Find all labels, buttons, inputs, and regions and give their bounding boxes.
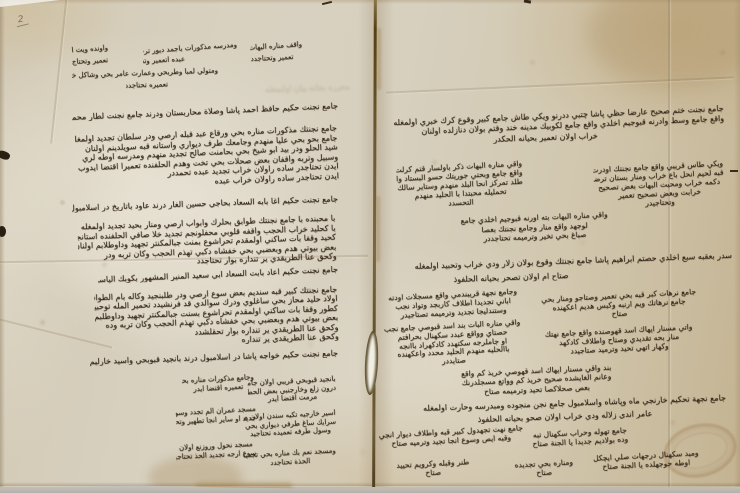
handwritten-text-block: ومدرسه مذكورات باجمد ديور ترحيم — [143, 41, 237, 56]
handwritten-text-block: سدر بعقبه سبع اخلدي حصتم ابراهيم پاشا جا… — [380, 251, 732, 273]
handwritten-text-block: جامع نجنت حكيم حافظ احمد پاشا وصلاة محار… — [72, 101, 338, 122]
handwritten-line: جامع نجنت حكيم خواجه پاشا در اسلامبول در… — [82, 349, 338, 367]
handwritten-text-block: ويكي طاس قريبي واقع جامع نجنتك اودرت كبي… — [593, 159, 725, 211]
handwritten-text-block: واقي مناره البهات ذكر باولسار قتم كرلت ت… — [396, 159, 524, 211]
stain-top-right — [588, 0, 740, 88]
handwritten-text-block: جامع نرهات كبر قبه بحي تعمير وصتاجو ومنا… — [531, 286, 706, 322]
handwritten-line: سدر بعقبه سبع اخلدي حصتم ابراهيم پاشا جا… — [380, 251, 732, 273]
fold-streak — [376, 196, 380, 262]
handwritten-text-block: واقف مناره البهات مخبر بحي — [250, 40, 302, 52]
handwritten-text-block: ومناره بحي تجديدهصتاح — [502, 458, 587, 480]
page-number: 2 — [17, 15, 24, 26]
handwritten-line: تعمير وتحتاجدد — [250, 53, 294, 63]
handwritten-line: واونده ويت اباطه — [72, 44, 108, 54]
manuscript-paper: 2 واونده ويت اباطهومدرسه مذكورات باجمد د… — [0, 0, 740, 487]
handwritten-text-block: عبده اتعمير وتحتاج — [143, 55, 185, 65]
handwritten-text-block: واونده ويت اباطه — [72, 44, 108, 54]
handwritten-line: واقف مناره البهات مخبر بحي — [250, 40, 302, 52]
handwritten-text-block: تعمير وتحتاج — [72, 56, 108, 66]
fold-streak — [377, 28, 381, 90]
handwritten-text-block: جامع نجنتك كبير قبه سنديم بعض سوع ارصي و… — [94, 285, 339, 350]
foxing-spots — [60, 200, 65, 205]
handwritten-text-block: جامع نجنت حكيم خواجه پاشا در اسلامبول در… — [82, 349, 338, 367]
handwritten-text-block: صتاح ام اولان تصحر بحيانه الحلفوذ — [437, 270, 585, 284]
handwritten-line: تعميره تحتاجدد — [126, 80, 168, 89]
paper-bottom-shadow — [0, 482, 740, 486]
corner-wedge — [0, 0, 60, 7]
handwritten-text-block: جامع نهت تجهدول كبير قبه واطلاف ديوار ان… — [377, 423, 526, 449]
crease-line — [50, 0, 67, 144]
handwritten-text-block: تعميره تحتاجدد — [126, 80, 168, 89]
handwritten-line: عبده اتعمير وتحتاج — [143, 55, 185, 65]
handwritten-line: جامع نجنت حكيم حافظ احمد پاشا وصلاة محار… — [72, 101, 338, 122]
paper-left-edge — [0, 0, 5, 487]
handwritten-text-block: واقي مناره البات بند اسد قبوصي جامع نجبح… — [376, 318, 530, 370]
ink-blot — [0, 226, 6, 237]
handwritten-line: ومدرسه مذكورات باجمد ديور ترحيم — [143, 41, 237, 56]
handwritten-line: ومتولي لمبا وطربحي وعمارت عامر بحي وشاكل… — [72, 66, 218, 79]
handwritten-text-block: تعمير وتحتاجدد — [250, 53, 294, 63]
handwritten-line: تعمير وتحتاج — [72, 56, 108, 66]
ink-dash — [730, 170, 738, 172]
handwritten-text-block: واتي مسنار ايهاك اسد قهوصنده واقع جامع ن… — [531, 321, 706, 357]
handwritten-text-block: اسير خارجيه تكيه سندن اولان مسجد نجنتكسر… — [243, 409, 336, 439]
photo-frame: 2 واونده ويت اباطهومدرسه مذكورات باجمد د… — [0, 0, 740, 493]
handwritten-text-block: وجامع نجهة قريبندمي واقع مسجلات اودتهابا… — [376, 286, 529, 321]
handwritten-text-block: واقي مناره البهات بته اورنه قبوجيم اخلدي… — [441, 209, 627, 246]
handwritten-line: محرره بحانه بيان اولنمغله — [232, 82, 350, 95]
handwritten-text-block: محرره بحانه بيان اولنمغله — [232, 82, 350, 95]
handwritten-line: صتاح ام اولان تصحر بحيانه الحلفوذ — [437, 270, 585, 284]
handwritten-text-block: جامع نجنتك مذكورات مناره بحي ورقاع عبد ق… — [75, 123, 339, 192]
handwritten-text-block: با محبنده با جامع نجنتك طوابق بحلرك وابو… — [77, 214, 337, 271]
handwritten-text-block: بانجيد قبوبحي قريبي اولان جامع نجنتكدرون… — [247, 375, 336, 405]
handwritten-text-block: ومسجد نعم بك مناره بحي تجديداالحذة تحتاج… — [244, 447, 337, 469]
handwritten-text-block: وجامع مذكورات مناره بحي تعدتعميره اقتضا … — [182, 373, 255, 394]
handwritten-text-block: جامع تهوله وحراب سكهنال تبهوده بولاديم ج… — [528, 425, 633, 448]
handwritten-text-block: ومتولي لمبا وطربحي وعمارت عامر بحي وشاكل… — [72, 66, 218, 79]
handwritten-text-block: بند واقي مسنار ايهاك اسد قهوصي خريذ كم و… — [443, 362, 629, 398]
